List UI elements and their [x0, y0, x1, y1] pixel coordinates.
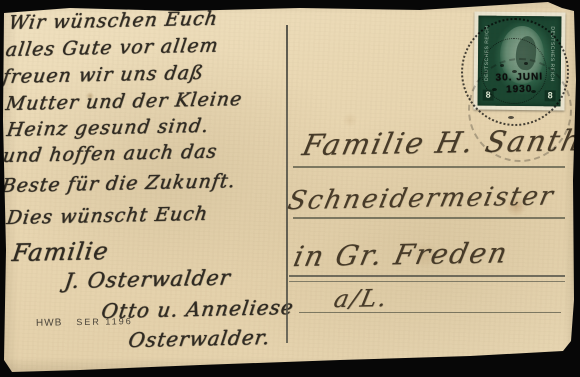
- signature-name: Osterwalder.: [127, 327, 272, 350]
- message-line: Heinz gesund sind.: [5, 117, 210, 140]
- publisher-monogram: HWB: [36, 317, 63, 328]
- stamp-overprint-date: 30. JUNI: [478, 71, 561, 84]
- address-rule: [289, 275, 565, 282]
- stamp-design: DEUTSCHES REICH DEUTSCHES REICH 8 8 30. …: [478, 16, 562, 107]
- message-line: und hoffen auch das: [1, 143, 218, 167]
- divider-line: [286, 25, 288, 343]
- message-line: alles Gute vor allem: [4, 37, 219, 61]
- message-line: Dies wünscht Euch: [5, 205, 209, 228]
- address-rule: [293, 217, 565, 219]
- publisher-series: SER 1196: [76, 316, 133, 327]
- postcard-scan: Wir wünschen Euch alles Gute vor allem f…: [0, 0, 580, 377]
- publisher-imprint: HWBSER 1196: [36, 316, 133, 329]
- stamp-overprint-year: 1930: [478, 83, 561, 96]
- signature-name: J. Osterwalder: [63, 268, 232, 293]
- message-line: Beste für die Zukunft.: [0, 172, 236, 196]
- address-line-town: in Gr. Freden: [291, 239, 511, 271]
- address-line-name: Familie H. Santhoff: [300, 125, 580, 160]
- address-line-district: a/L.: [332, 286, 391, 311]
- postmark-ink-speck: [508, 116, 514, 119]
- message-line: freuen wir uns daß: [1, 64, 205, 87]
- postage-stamp: DEUTSCHES REICH DEUTSCHES REICH 8 8 30. …: [473, 12, 565, 111]
- address-rule: [293, 166, 565, 168]
- message-line: Mutter und der Kleine: [4, 90, 243, 114]
- address-line-profession: Schneidermeister: [285, 183, 557, 214]
- signature-family: Familie: [11, 239, 111, 265]
- postcard-back: Wir wünschen Euch alles Gute vor allem f…: [0, 0, 580, 377]
- message-line: Wir wünschen Euch: [7, 10, 219, 33]
